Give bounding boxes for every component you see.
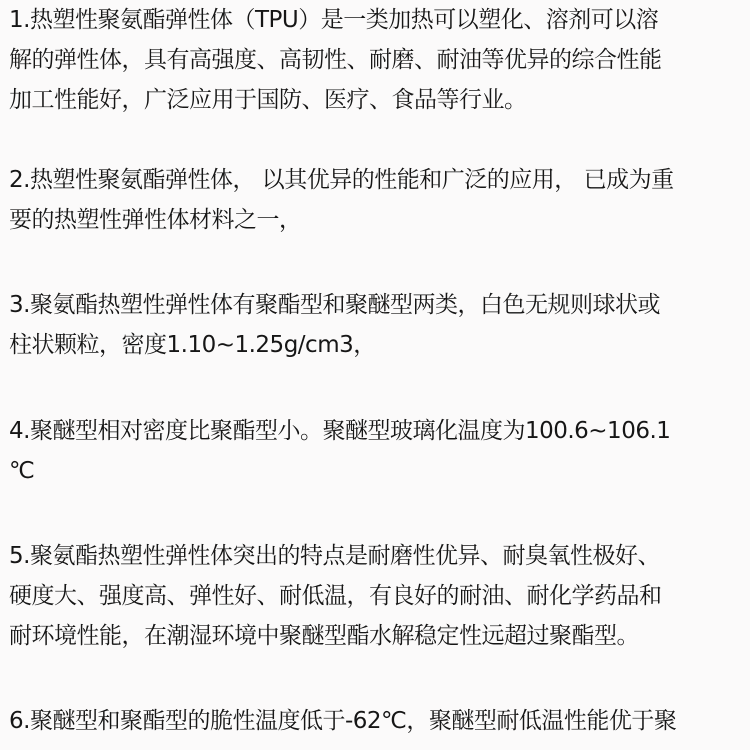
text-line: 5.聚氨酯热塑性弹性体突出的特点是耐磨性优异、耐臭氧性极好、 [9,536,749,576]
paragraph-5: 5.聚氨酯热塑性弹性体突出的特点是耐磨性优异、耐臭氧性极好、 硬度大、强度高、弹… [9,536,749,656]
text-line: 柱状颗粒，密度1.10~1.25g/cm3， [9,325,749,365]
text-line: 4.聚醚型相对密度比聚酯型小。聚醚型玻璃化温度为100.6~106.1 [9,411,749,451]
text-line: 解的弹性体，具有高强度、高韧性、耐磨、耐油等优异的综合性能 [9,40,749,80]
text-line: ℃ [9,451,749,491]
document-page: 1.热塑性聚氨酯弹性体（TPU）是一类加热可以塑化、溶剂可以溶 解的弹性体，具有… [0,0,750,750]
paragraph-1: 1.热塑性聚氨酯弹性体（TPU）是一类加热可以塑化、溶剂可以溶 解的弹性体，具有… [9,0,749,120]
text-line: 加工性能好，广泛应用于国防、医疗、食品等行业。 [9,80,749,120]
paragraph-6: 6.聚醚型和聚酯型的脆性温度低于-62℃，聚醚型耐低温性能优于聚 [9,701,749,741]
text-line: 6.聚醚型和聚酯型的脆性温度低于-62℃，聚醚型耐低温性能优于聚 [9,701,749,741]
text-line: 2.热塑性聚氨酯弹性体， 以其优异的性能和广泛的应用， 已成为重 [9,160,749,200]
text-line: 耐环境性能，在潮湿环境中聚醚型酯水解稳定性远超过聚酯型。 [9,616,749,656]
paragraph-4: 4.聚醚型相对密度比聚酯型小。聚醚型玻璃化温度为100.6~106.1 ℃ [9,411,749,491]
text-line: 3.聚氨酯热塑性弹性体有聚酯型和聚醚型两类，白色无规则球状或 [9,285,749,325]
text-line: 硬度大、强度高、弹性好、耐低温，有良好的耐油、耐化学药品和 [9,576,749,616]
text-line: 1.热塑性聚氨酯弹性体（TPU）是一类加热可以塑化、溶剂可以溶 [9,0,749,40]
paragraph-3: 3.聚氨酯热塑性弹性体有聚酯型和聚醚型两类，白色无规则球状或 柱状颗粒，密度1.… [9,285,749,365]
paragraph-2: 2.热塑性聚氨酯弹性体， 以其优异的性能和广泛的应用， 已成为重 要的热塑性弹性… [9,160,749,240]
text-line: 要的热塑性弹性体材料之一， [9,200,749,240]
